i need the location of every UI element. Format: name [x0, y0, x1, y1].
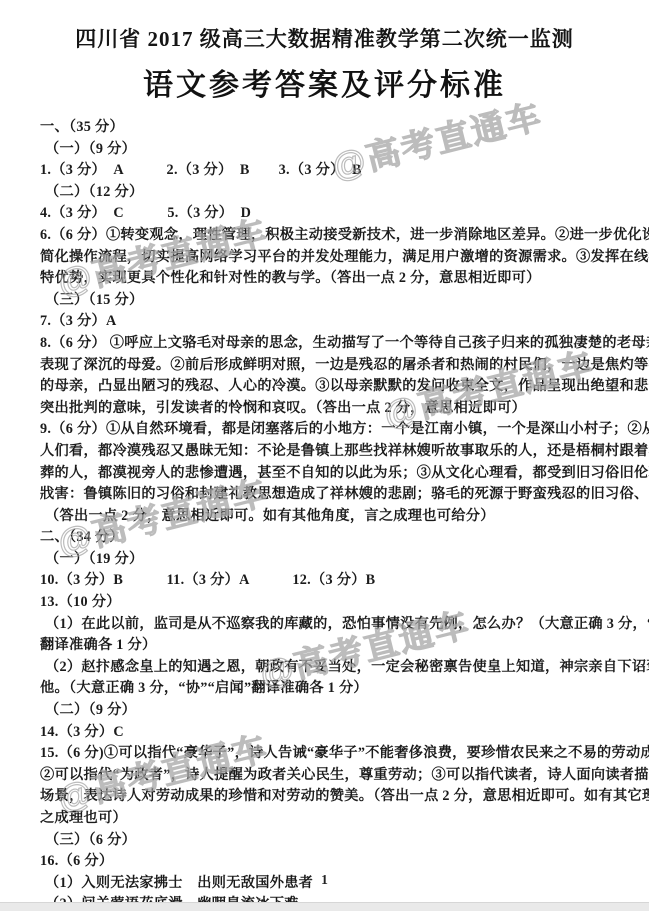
line: 8.（6 分） ①呼应上文骆毛对母亲的思念，生动描写了一个等待自己孩子归来的孤独…	[40, 333, 613, 355]
line: 4.（3 分） C 5.（3 分） D	[40, 203, 613, 225]
line: 葬的人，都漠视旁人的悲惨遭遇，甚至不自知的以此为乐；③从文化心理看，都受到旧习俗…	[40, 463, 613, 485]
line: （2）赵抃感念皇上的知遇之恩，朝政有不妥当处，一定会秘密禀告使皇上知道，神宗亲自…	[40, 657, 613, 679]
line: 突出批判的意味，引发读者的怜悯和哀叹。（答出一点 2 分，意思相近即可）	[40, 398, 613, 420]
line: 简化操作流程，切实提高网络学习平台的并发处理能力，满足用户激增的资源需求。③发挥…	[40, 247, 613, 269]
line: ②可以指代“为政者”，诗人提醒为政者关心民生，尊重劳动；③可以指代读者，诗人面向…	[40, 765, 613, 787]
line: （一）（9 分）	[40, 139, 613, 161]
page-number: 1	[0, 872, 649, 888]
line: 戕害：鲁镇陈旧的习俗和封建礼教思想造成了祥林嫂的悲剧；骆毛的死源于野蛮残忍的旧习…	[40, 484, 613, 506]
line: 之成理也可）	[40, 808, 613, 830]
page-bottom-edge	[0, 902, 649, 911]
line: 的母亲，凸显出陋习的残忍、人心的冷漠。③以母亲默默的发问收束全文，作品呈现出绝望…	[40, 376, 613, 398]
document-page: 四川省 2017 级高三大数据精准教学第二次统一监测 语文参考答案及评分标准 一…	[0, 0, 649, 911]
line: 1.（3 分） A 2.（3 分） B 3.（3 分） B	[40, 160, 613, 182]
line: （答出一点 2 分，意思相近即可。如有其他角度，言之成理也可给分）	[40, 506, 613, 528]
line: （二）（12 分）	[40, 182, 613, 204]
line: 表现了深沉的母爱。②前后形成鲜明对照，一边是残忍的屠杀者和热闹的村民们，一边是焦…	[40, 355, 613, 377]
line: 14.（3 分）C	[40, 722, 613, 744]
line: （三）（6 分）	[40, 830, 613, 852]
line: 16.（6 分）	[40, 851, 613, 873]
line: （一）（19 分）	[40, 549, 613, 571]
line: 9.（6 分）①从自然环境看，都是闭塞落后的小地方：一个是江南小镇，一个是深山小…	[40, 419, 613, 441]
line: 场景，表达诗人对劳动成果的珍惜和对劳动的赞美。（答出一点 2 分，意思相近即可。…	[40, 786, 613, 808]
document-title-line2: 语文参考答案及评分标准	[0, 60, 649, 104]
line: 二、（34 分）	[40, 527, 613, 549]
line: 6.（6 分）①转变观念，理性管理，积极主动接受新技术，进一步消除地区差异。②进…	[40, 225, 613, 247]
line: 翻译准确各 1 分）	[40, 635, 613, 657]
document-lines: 一、（35 分）（一）（9 分）1.（3 分） A 2.（3 分） B 3.（3…	[0, 104, 649, 911]
line: 13.（10 分）	[40, 592, 613, 614]
line: 人们看，都冷漠残忍又愚昧无知：不论是鲁镇上那些找祥林嫂听故事取乐的人，还是梧桐村…	[40, 441, 613, 463]
line: 10.（3 分）B 11.（3 分）A 12.（3 分）B	[40, 570, 613, 592]
line: 一、（35 分）	[40, 117, 613, 139]
line: 他。（大意正确 3 分，“协”“启闻”翻译准确各 1 分）	[40, 678, 613, 700]
line: （三）（15 分）	[40, 290, 613, 312]
line: 7.（3 分）A	[40, 311, 613, 333]
line: （1）在此以前，监司是从不巡察我的库藏的，恐怕事情没有先例，怎么办？（大意正确 …	[40, 614, 613, 636]
line: （二）（9 分）	[40, 700, 613, 722]
document-title-line1: 四川省 2017 级高三大数据精准教学第二次统一监测	[0, 0, 649, 53]
line: 特优势，实现更具个性化和针对性的教与学。（答出一点 2 分，意思相近即可）	[40, 268, 613, 290]
line: 15.（6 分)①可以指代“豪华子”，诗人告诫“豪华子”不能奢侈浪费，要珍惜农民…	[40, 743, 613, 765]
